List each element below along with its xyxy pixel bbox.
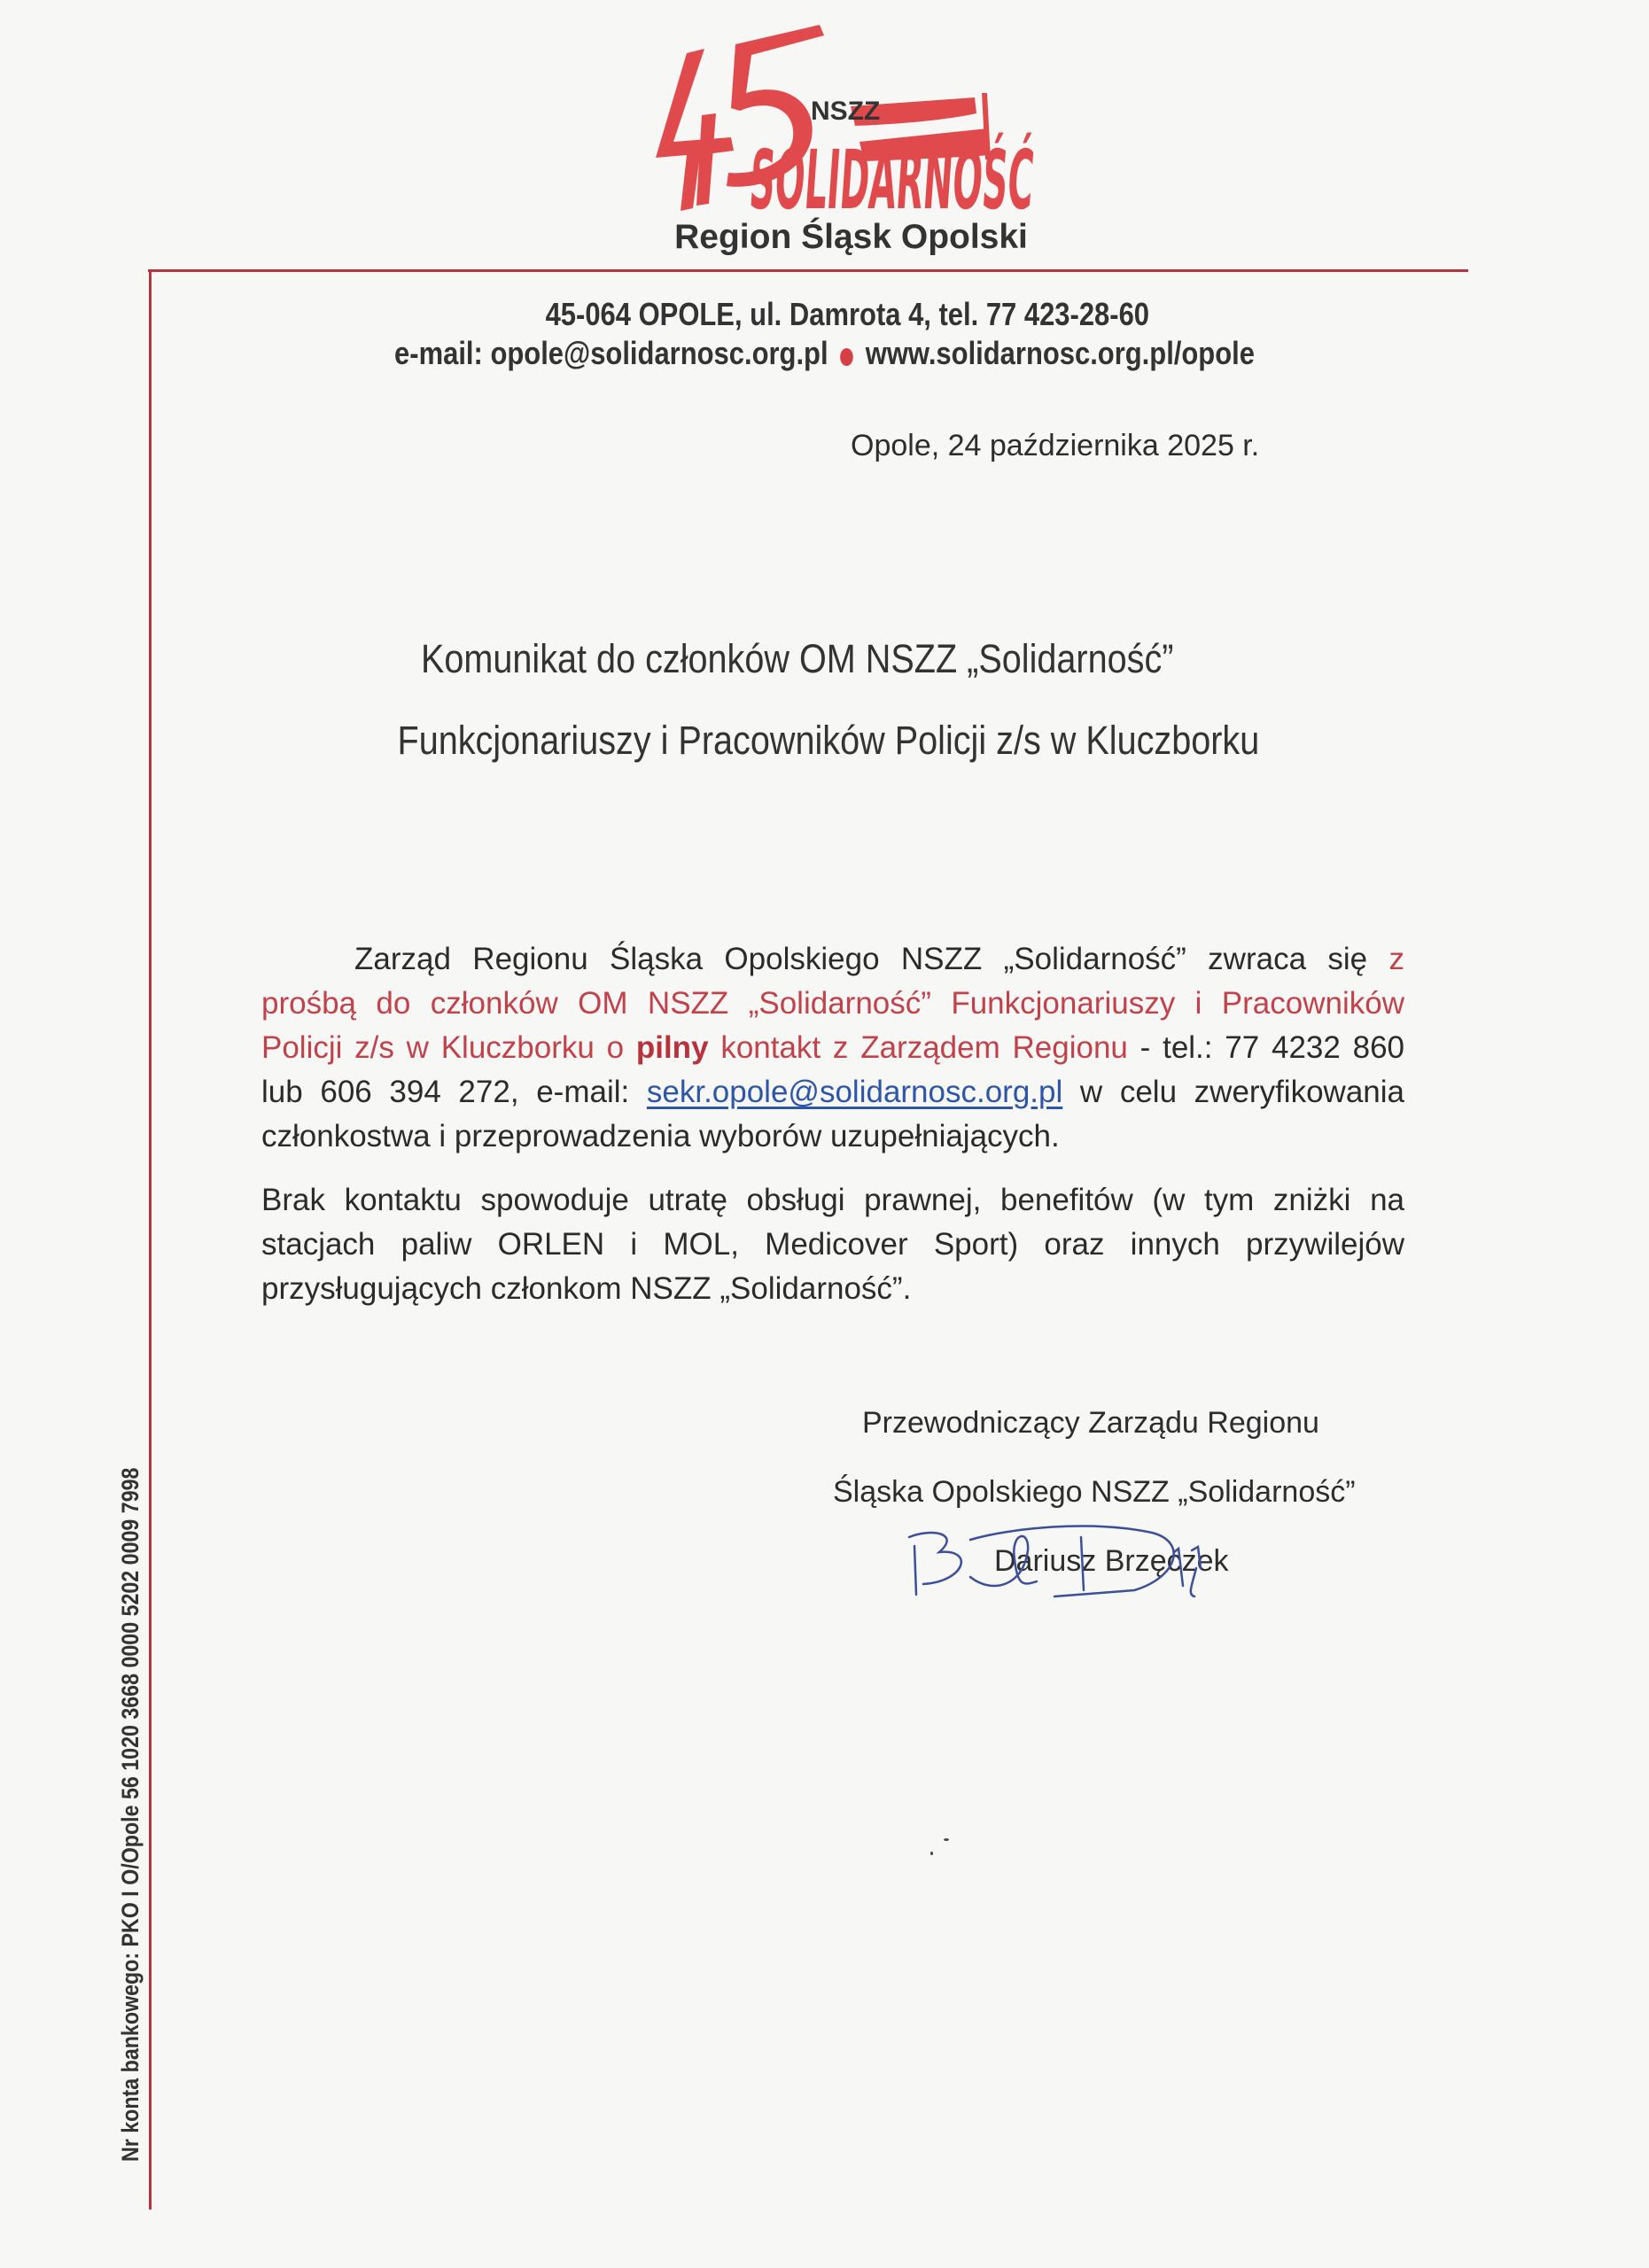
signature-icon [868,1497,1258,1621]
paragraph-line: Policji z/s w Kluczborku o pilny kontakt… [261,1026,1404,1070]
body-paragraph-1: Zarząd Regionu Śląska Opolskiego NSZZ „S… [261,937,1404,1159]
paragraph-line: członkostwa i przeprowadzenia wyborów uz… [261,1115,1404,1159]
highlight-text: z [1389,942,1405,976]
urgent-emphasis: pilny [636,1030,709,1065]
left-margin-line [149,269,152,2210]
phone-text: - tel.: 77 4232 860 [1128,1030,1404,1065]
text-segment: lub 606 394 272, e-mail: [261,1075,647,1109]
date-line: Opole, 24 października 2025 r. [851,429,1259,463]
paragraph-line: Brak kontaktu spowoduje utratę obsługi p… [261,1178,1404,1223]
nszz-logo-text: NSZZ [811,97,880,126]
header-email[interactable]: opole@solidarnosc.org.pl [490,335,828,371]
bank-account-number: Nr konta bankowego: PKO I O/Opole 56 102… [117,1468,144,2162]
highlight-text: prośbą do członków OM NSZZ „Solidarność”… [261,982,1404,1026]
paragraph-line: stacjach paliw ORLEN i MOL, Medicover Sp… [261,1223,1404,1267]
signatory-title: Przewodniczący Zarządu Regionu [862,1406,1319,1441]
email-label: e-mail: [394,335,483,371]
scan-speck [930,1852,933,1855]
text-segment: w celu zweryfikowania [1062,1075,1404,1109]
svg-text:SOLIDARNOŚĆ: SOLIDARNOŚĆ [747,131,1038,221]
document-title-line-1: Komunikat do członków OM NSZZ „Solidarno… [99,636,1551,682]
document-title-line-2: Funkcjonariuszy i Pracowników Policji z/… [99,718,1551,764]
contact-line: e-mail: opole@solidarnosc.org.pl www.sol… [115,335,1533,372]
highlight-text: Policji z/s w Kluczborku o [261,1030,636,1065]
header-website[interactable]: www.solidarnosc.org.pl/opole [866,335,1255,371]
secretariat-email-link[interactable]: sekr.opole@solidarnosc.org.pl [647,1075,1062,1109]
paragraph-line: lub 606 394 272, e-mail: sekr.opole@soli… [261,1070,1404,1115]
text-segment: Zarząd Regionu Śląska Opolskiego NSZZ „S… [354,942,1389,976]
paragraph-line: Zarząd Regionu Śląska Opolskiego NSZZ „S… [261,937,1404,982]
paragraph-line: przysługujących członkom NSZZ „Solidarno… [261,1267,1404,1311]
scan-speck [944,1838,949,1841]
solidarnosc-logo-icon: NSZZ SOLIDARNOŚĆ [638,9,1063,221]
letterhead-divider-line [148,269,1468,272]
region-name: Region Śląsk Opolski [0,218,1649,257]
address-line: 45-064 OPOLE, ul. Damrota 4, tel. 77 423… [115,296,1533,333]
red-dot-icon [840,348,853,366]
highlight-text: kontakt z Zarządem Regionu [709,1030,1128,1065]
body-paragraph-2: Brak kontaktu spowoduje utratę obsługi p… [261,1178,1404,1311]
